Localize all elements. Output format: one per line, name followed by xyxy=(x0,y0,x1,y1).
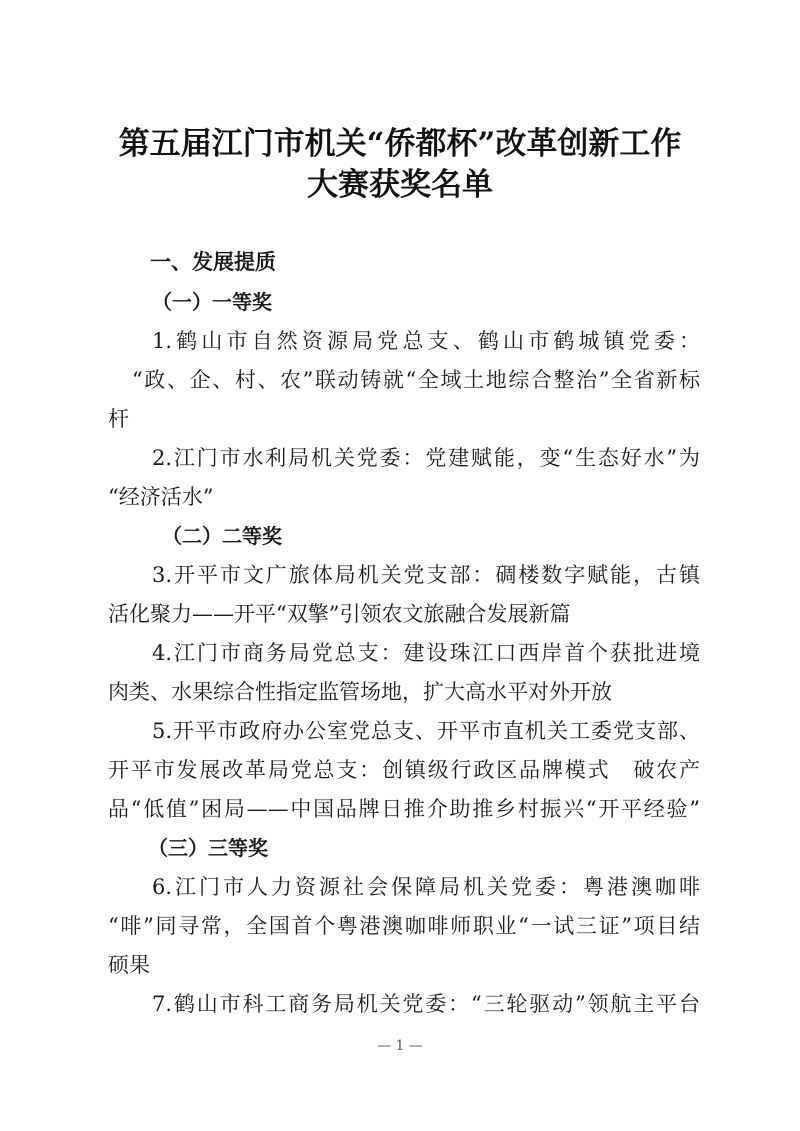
award-heading-first: （一）一等奖 xyxy=(152,287,272,317)
award-item-6-line-2: “啡”同寻常，全国首个粤港澳咖啡师职业“一试三证”项目结 xyxy=(108,911,700,941)
award-item-2-line-2: “经济活水” xyxy=(108,482,213,512)
award-item-5-line-3: 品“低值”困局——中国品牌日推介助推乡村振兴“开平经验” xyxy=(108,794,700,824)
award-item-6-line-1: 6.江门市人力资源社会保障局机关党委：粤港澳咖啡 xyxy=(152,872,700,902)
award-heading-third: （三）三等奖 xyxy=(148,833,268,863)
award-item-1-line-1: 1.鹤山市自然资源局党总支、鹤山市鹤城镇党委： xyxy=(152,326,700,356)
award-item-4-line-2: 肉类、水果综合性指定监管场地，扩大高水平对外开放 xyxy=(108,677,612,707)
section-heading: 一、发展提质 xyxy=(150,247,276,277)
award-item-1-line-2: “政、企、村、农”联动铸就“全域土地综合整治”全省新标 xyxy=(132,365,700,395)
award-item-3-line-1: 3.开平市文广旅体局机关党支部：碉楼数字赋能，古镇 xyxy=(152,560,700,590)
award-item-2-line-1: 2.江门市水利局机关党委：党建赋能，变“生态好水”为 xyxy=(152,443,700,473)
page-number: — 1 — xyxy=(0,1038,800,1054)
document-title-line-1: 第五届江门市机关“侨都杯”改革创新工作 xyxy=(0,124,800,164)
award-item-5-line-1: 5.开平市政府办公室党总支、开平市直机关工委党支部、 xyxy=(152,716,700,746)
award-heading-second: （二）二等奖 xyxy=(162,521,282,551)
award-item-7-line-1: 7.鹤山市科工商务局机关党委：“三轮驱动”领航主平台 xyxy=(152,989,700,1019)
award-item-6-line-3: 硕果 xyxy=(108,950,150,980)
document-title-line-2: 大赛获奖名单 xyxy=(0,165,800,205)
award-item-1-line-3: 杆 xyxy=(108,404,129,434)
award-item-3-line-2: 活化聚力——开平“双擎”引领农文旅融合发展新篇 xyxy=(108,599,570,629)
document-page: 第五届江门市机关“侨都杯”改革创新工作 大赛获奖名单 一、发展提质 （一）一等奖… xyxy=(0,0,800,1131)
award-item-4-line-1: 4.江门市商务局党总支：建设珠江口西岸首个获批进境 xyxy=(152,638,700,668)
award-item-5-line-2: 开平市发展改革局党总支：创镇级行政区品牌模式 破农产 xyxy=(108,755,700,785)
